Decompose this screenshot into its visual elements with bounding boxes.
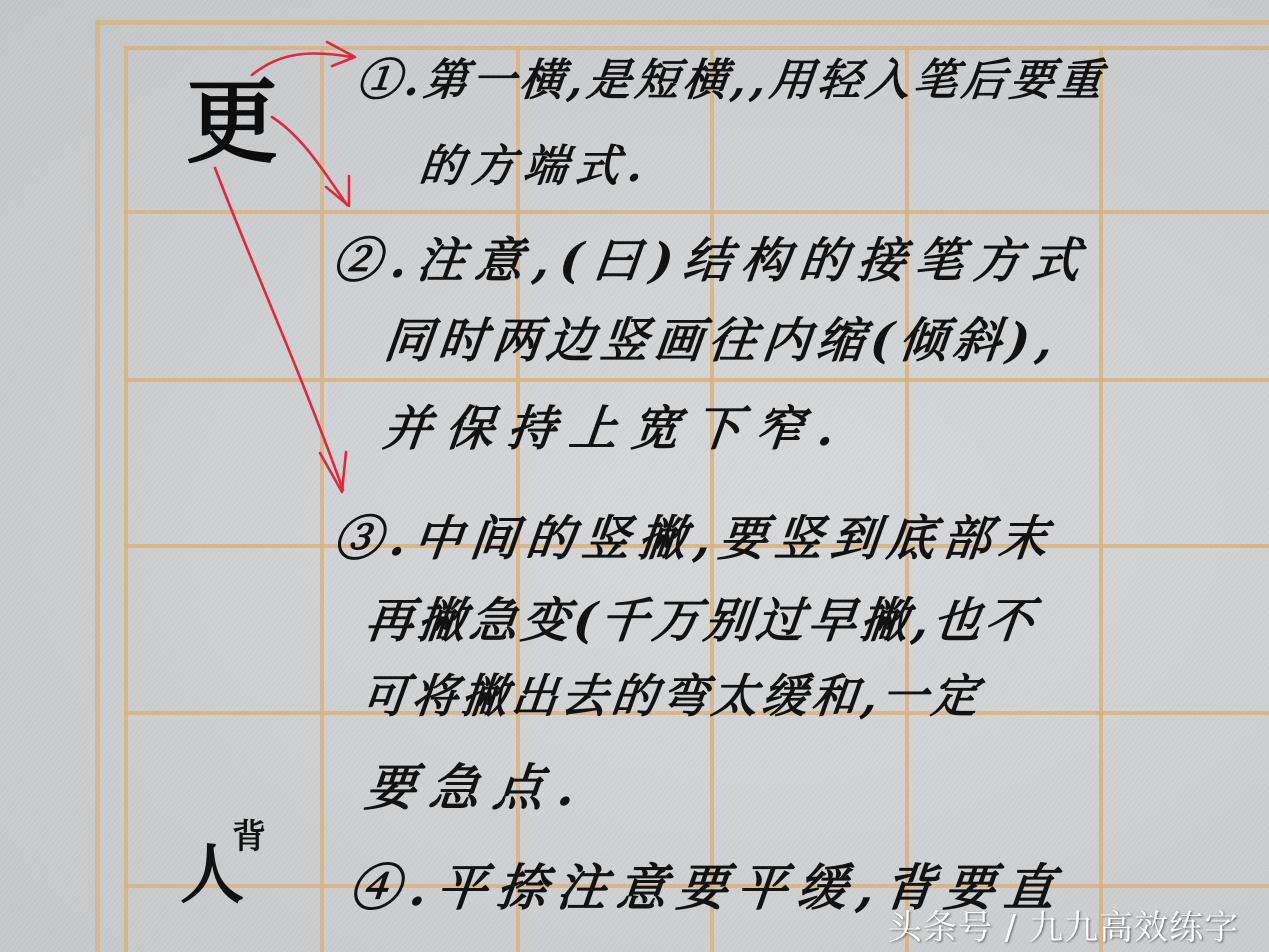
- note-2-line-3: 并保持上宽下窄.: [380, 390, 852, 459]
- note-1-line-2: 的方端式.: [417, 130, 655, 194]
- note-2-line-1: ②.注意,(曰)结构的接笔方式: [329, 222, 1093, 291]
- note-2-line-2: 同时两边竖画往内缩(倾斜),: [381, 302, 1062, 371]
- grid-outer-left: [95, 20, 100, 952]
- label-bei: 背: [232, 820, 266, 854]
- grid-vline: [905, 46, 909, 952]
- grid-vline: [320, 46, 324, 952]
- grid-vline: [710, 46, 714, 952]
- grid-vline: [124, 46, 128, 952]
- note-3-line-3: 可将撇出去的弯太缓和,一定: [359, 660, 986, 726]
- grid-vline: [1099, 46, 1103, 952]
- note-3-line-2: 再撇急变(千万别过早撇,也不: [362, 582, 1041, 651]
- grid-hline: [124, 378, 1269, 382]
- watermark: 头条号 / 九九高效练字: [888, 900, 1239, 949]
- main-character: 更: [186, 76, 278, 168]
- grid-hline: [124, 210, 1269, 214]
- grid-outer-top: [95, 20, 1269, 25]
- note-1-line-1: ①.第一横,是短横,,用轻入笔后要重: [354, 44, 1110, 108]
- note-3-line-4: 要急点.: [362, 748, 593, 820]
- note-3-line-1: ③.中间的竖撇,要竖到底部末: [330, 500, 1059, 569]
